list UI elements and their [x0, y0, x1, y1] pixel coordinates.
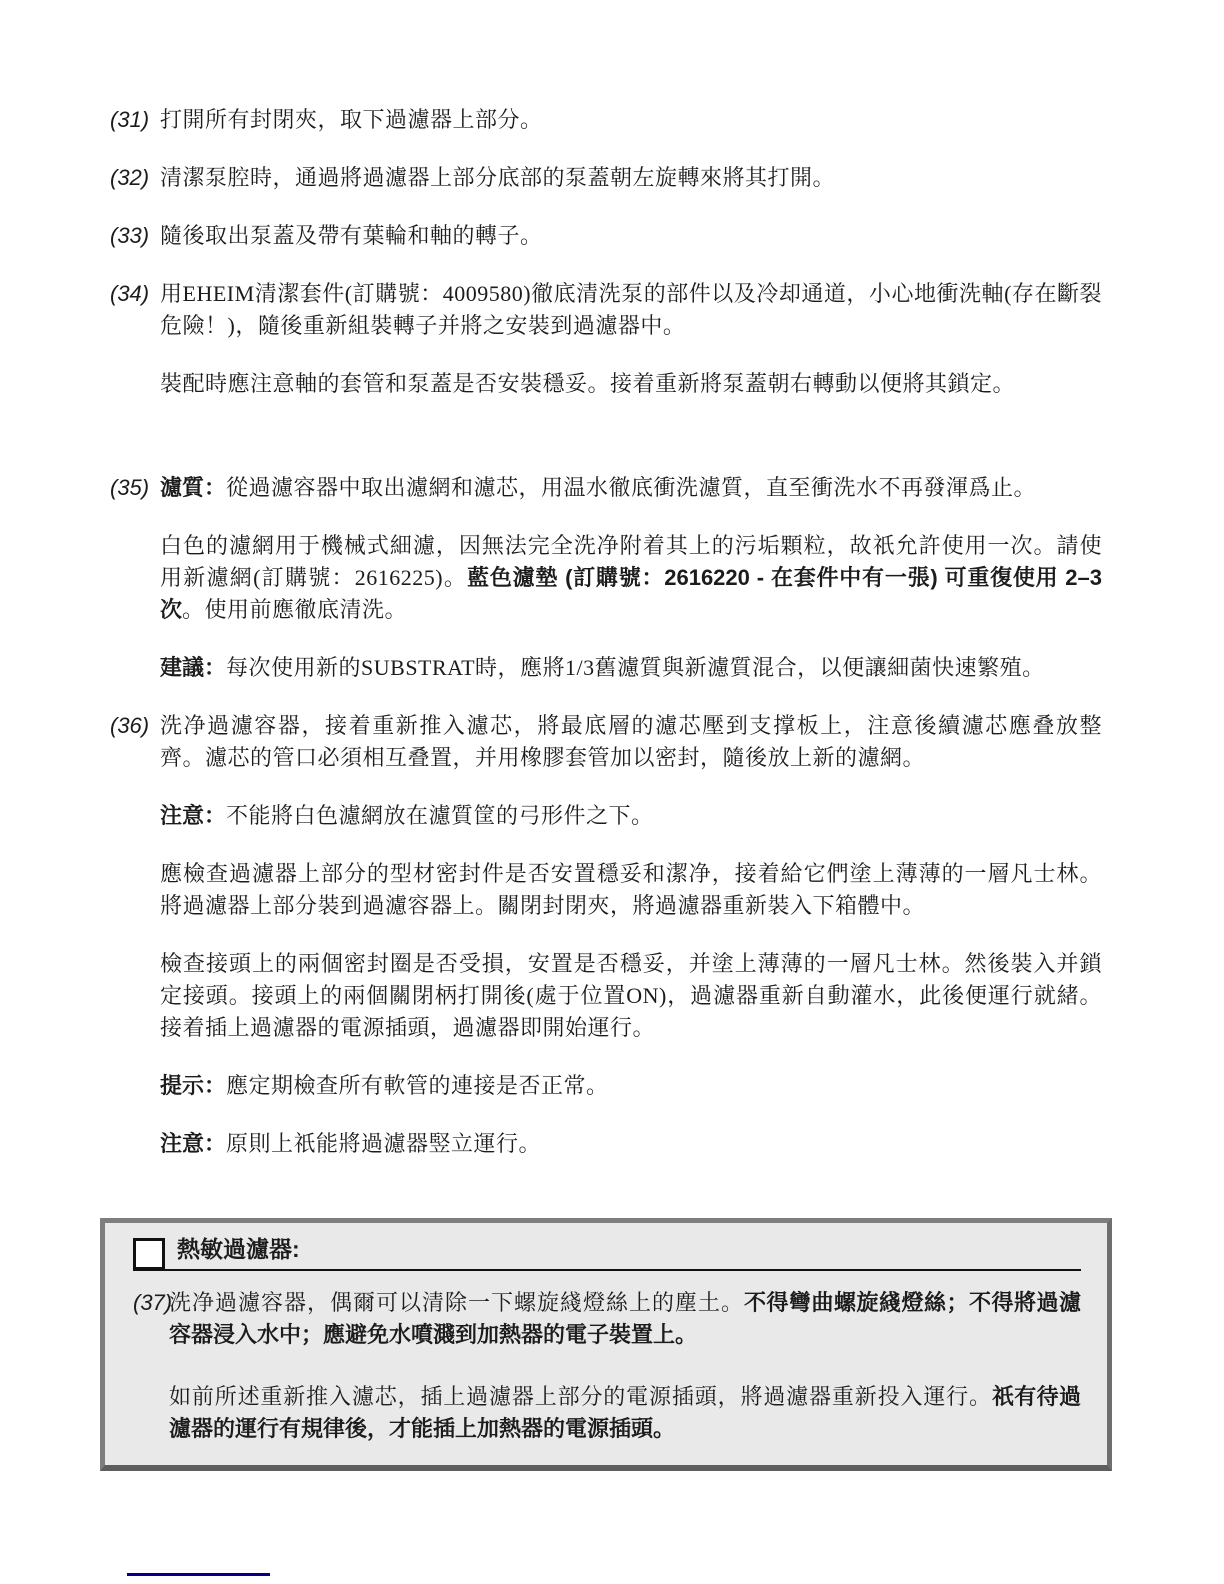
- thermofilter-box-body: (37)洗净過濾容器，偶爾可以清除一下螺旋綫燈絲上的塵土。不得彎曲螺旋綫燈絲；不…: [133, 1287, 1081, 1445]
- text-run: 隨後取出泵蓋及帶有葉輪和軸的轉子。: [160, 223, 543, 248]
- text-run: 不能將白色濾網放在濾質筐的弓形件之下。: [226, 803, 654, 828]
- text-run: 洗净過濾容器，接着重新推入濾芯，將最底層的濾芯壓到支撑板上，注意後續濾芯應叠放整…: [160, 713, 1102, 770]
- item-number: (32): [110, 162, 149, 194]
- bold-text-run: 濾質：: [160, 475, 226, 500]
- text-run: 用EHEIM清潔套件(訂購號：4009580)徹底清洗泵的部件以及冷却通道，小心…: [160, 281, 1102, 338]
- item-number: (37): [133, 1287, 172, 1319]
- paragraph: 如前所述重新推入濾芯，插上過濾器上部分的電源插頭，將過濾器重新投入運行。祇有待過…: [133, 1381, 1081, 1445]
- paragraph: 注意：原則上祇能將過濾器竪立運行。: [110, 1128, 1102, 1160]
- text-run: 應檢查過濾器上部分的型材密封件是否安置穩妥和潔净，接着給它們塗上薄薄的一層凡士林…: [160, 861, 1102, 918]
- paragraph: (35)濾質：從過濾容器中取出濾網和濾芯，用温水徹底衝洗濾質，直至衝洗水不再發渾…: [110, 472, 1102, 504]
- paragraph: 檢查接頭上的兩個密封圈是否受損，安置是否穩妥，并塗上薄薄的一層凡士林。然後裝入并…: [110, 948, 1102, 1044]
- text-run: 應定期檢查所有軟管的連接是否正常。: [226, 1073, 609, 1098]
- bold-text-run: 提示：: [160, 1073, 226, 1098]
- item-number: (34): [110, 278, 149, 310]
- paragraph: (31)打開所有封閉夾，取下過濾器上部分。: [110, 104, 1102, 136]
- text-run: 洗净過濾容器，偶爾可以清除一下螺旋綫燈絲上的塵土。: [169, 1290, 744, 1315]
- thermofilter-box-header: 熱敏過濾器:: [133, 1233, 1081, 1271]
- bold-text-run: 注意：: [160, 803, 226, 828]
- paragraph: 裝配時應注意軸的套管和泵蓋是否安裝穩妥。接着重新將泵蓋朝右轉動以便將其鎖定。: [110, 368, 1102, 400]
- item-number: (31): [110, 104, 149, 136]
- document-page: (31)打開所有封閉夾，取下過濾器上部分。(32)清潔泵腔時，通過將過濾器上部分…: [0, 0, 1224, 1584]
- paragraph: (37)洗净過濾容器，偶爾可以清除一下螺旋綫燈絲上的塵土。不得彎曲螺旋綫燈絲；不…: [133, 1287, 1081, 1351]
- text-run: 。使用前應徹底清洗。: [182, 597, 407, 622]
- footer-rule: [127, 1573, 270, 1576]
- text-run: 原則上祇能將過濾器竪立運行。: [226, 1131, 541, 1156]
- text-run: 檢查接頭上的兩個密封圈是否受損，安置是否穩妥，并塗上薄薄的一層凡士林。然後裝入并…: [160, 951, 1102, 1040]
- thermofilter-box: 熱敏過濾器: (37)洗净過濾容器，偶爾可以清除一下螺旋綫燈絲上的塵土。不得彎曲…: [100, 1218, 1112, 1471]
- bold-text-run: 注意：: [160, 1131, 226, 1156]
- text-run: 從過濾容器中取出濾網和濾芯，用温水徹底衝洗濾質，直至衝洗水不再發渾爲止。: [226, 475, 1036, 500]
- paragraph: 注意：不能將白色濾網放在濾質筐的弓形件之下。: [110, 800, 1102, 832]
- paragraph: 提示：應定期檢查所有軟管的連接是否正常。: [110, 1070, 1102, 1102]
- text-run: 裝配時應注意軸的套管和泵蓋是否安裝穩妥。接着重新將泵蓋朝右轉動以便將其鎖定。: [160, 371, 1015, 396]
- text-run: 每次使用新的SUBSTRAT時，應將1/3舊濾質與新濾質混合，以便讓細菌快速繁殖…: [226, 655, 1045, 680]
- paragraph: 應檢查過濾器上部分的型材密封件是否安置穩妥和潔净，接着給它們塗上薄薄的一層凡士林…: [110, 858, 1102, 922]
- text-run: 打開所有封閉夾，取下過濾器上部分。: [160, 107, 543, 132]
- empty-square-icon: [133, 1238, 165, 1271]
- paragraph: (36)洗净過濾容器，接着重新推入濾芯，將最底層的濾芯壓到支撑板上，注意後續濾芯…: [110, 710, 1102, 774]
- text-run: 清潔泵腔時，通過將過濾器上部分底部的泵蓋朝左旋轉來將其打開。: [160, 165, 835, 190]
- paragraph: 白色的濾網用于機械式細濾，因無法完全洗净附着其上的污垢顆粒，故祇允許使用一次。請…: [110, 530, 1102, 626]
- text-run: 如前所述重新推入濾芯，插上過濾器上部分的電源插頭，將過濾器重新投入運行。: [169, 1384, 992, 1409]
- item-number: (33): [110, 220, 149, 252]
- paragraph: (32)清潔泵腔時，通過將過濾器上部分底部的泵蓋朝左旋轉來將其打開。: [110, 162, 1102, 194]
- item-number: (35): [110, 472, 149, 504]
- item-number: (36): [110, 710, 149, 742]
- bold-text-run: 建議：: [160, 655, 226, 680]
- thermofilter-box-title: 熱敏過濾器:: [177, 1233, 300, 1265]
- instruction-list: (31)打開所有封閉夾，取下過濾器上部分。(32)清潔泵腔時，通過將過濾器上部分…: [110, 104, 1102, 1160]
- paragraph: (33)隨後取出泵蓋及帶有葉輪和軸的轉子。: [110, 220, 1102, 252]
- paragraph: (34)用EHEIM清潔套件(訂購號：4009580)徹底清洗泵的部件以及冷却通…: [110, 278, 1102, 342]
- paragraph: 建議：每次使用新的SUBSTRAT時，應將1/3舊濾質與新濾質混合，以便讓細菌快…: [110, 652, 1102, 684]
